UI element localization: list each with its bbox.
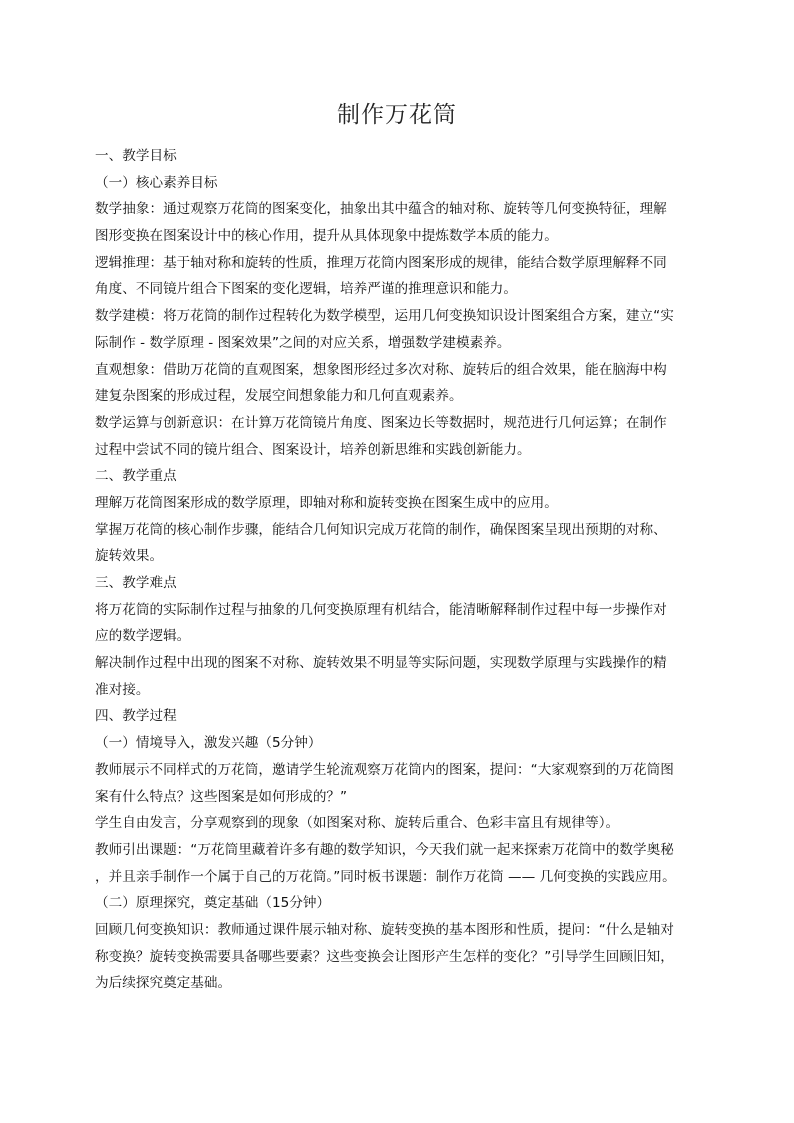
paragraph-line: 学生自由发言，分享观察到的现象（如图案对称、旋转后重合、色彩丰富且有规律等）。 [95, 810, 705, 837]
section-heading-key-points: 二、教学重点 [95, 463, 705, 490]
paragraph-line: 逻辑推理：基于轴对称和旋转的性质，推理万花筒内图案形成的规律，能结合数学原理解释… [95, 250, 705, 277]
paragraph-line: 称变换？旋转变换需要具备哪些要素？这些变换会让图形产生怎样的变化？”引导学生回顾… [95, 944, 705, 971]
subheading-principle-exploration: （二）原理探究，奠定基础（15分钟） [95, 890, 705, 917]
subheading-core-literacy: （一）核心素养目标 [95, 170, 705, 197]
paragraph-line: 数学抽象：通过观察万花筒的图案变化，抽象出其中蕴含的轴对称、旋转等几何变换特征，… [95, 196, 705, 223]
paragraph-line: 准对接。 [95, 677, 705, 704]
paragraph-line: 过程中尝试不同的镜片组合、图案设计，培养创新思维和实践创新能力。 [95, 437, 705, 464]
paragraph-line: 解决制作过程中出现的图案不对称、旋转效果不明显等实际问题，实现数学原理与实践操作… [95, 650, 705, 677]
paragraph-line: 应的数学逻辑。 [95, 623, 705, 650]
section-heading-objectives: 一、教学目标 [95, 143, 705, 170]
paragraph-line: ，并且亲手制作一个属于自己的万花筒。”同时板书课题：制作万花筒 —— 几何变换的… [95, 864, 705, 891]
section-heading-difficulties: 三、教学难点 [95, 570, 705, 597]
paragraph-line: 角度、不同镜片组合下图案的变化逻辑，培养严谨的推理意识和能力。 [95, 276, 705, 303]
paragraph-line: 教师展示不同样式的万花筒，邀请学生轮流观察万花筒内的图案，提问：“大家观察到的万… [95, 757, 705, 784]
paragraph-line: 理解万花筒图案形成的数学原理，即轴对称和旋转变换在图案生成中的应用。 [95, 490, 705, 517]
paragraph-line: 旋转效果。 [95, 543, 705, 570]
paragraph-line: 将万花筒的实际制作过程与抽象的几何变换原理有机结合，能清晰解释制作过程中每一步操… [95, 597, 705, 624]
document-page: 制作万花筒 一、教学目标 （一）核心素养目标 数学抽象：通过观察万花筒的图案变化… [0, 0, 794, 1123]
paragraph-line: 为后续探究奠定基础。 [95, 970, 705, 997]
paragraph-line: 数学建模：将万花筒的制作过程转化为数学模型，运用几何变换知识设计图案组合方案，建… [95, 303, 705, 330]
section-heading-process: 四、教学过程 [95, 703, 705, 730]
paragraph-line: 教师引出课题：“万花筒里藏着许多有趣的数学知识，今天我们就一起来探索万花筒中的数… [95, 837, 705, 864]
paragraph-line: 直观想象：借助万花筒的直观图案，想象图形经过多次对称、旋转后的组合效果，能在脑海… [95, 357, 705, 384]
subheading-introduction: （一）情境导入，激发兴趣（5分钟） [95, 730, 705, 757]
paragraph-line: 掌握万花筒的核心制作步骤，能结合几何知识完成万花筒的制作，确保图案呈现出预期的对… [95, 517, 705, 544]
paragraph-line: 回顾几何变换知识：教师通过课件展示轴对称、旋转变换的基本图形和性质，提问：“什么… [95, 917, 705, 944]
paragraph-line: 际制作 - 数学原理 - 图案效果”之间的对应关系，增强数学建模素养。 [95, 330, 705, 357]
document-body: 一、教学目标 （一）核心素养目标 数学抽象：通过观察万花筒的图案变化，抽象出其中… [95, 143, 705, 997]
paragraph-line: 案有什么特点？这些图案是如何形成的？” [95, 784, 705, 811]
paragraph-line: 建复杂图案的形成过程，发展空间想象能力和几何直观素养。 [95, 383, 705, 410]
paragraph-line: 图形变换在图案设计中的核心作用，提升从具体现象中提炼数学本质的能力。 [95, 223, 705, 250]
paragraph-line: 数学运算与创新意识：在计算万花筒镜片角度、图案边长等数据时，规范进行几何运算；在… [95, 410, 705, 437]
document-title: 制作万花筒 [0, 96, 794, 129]
